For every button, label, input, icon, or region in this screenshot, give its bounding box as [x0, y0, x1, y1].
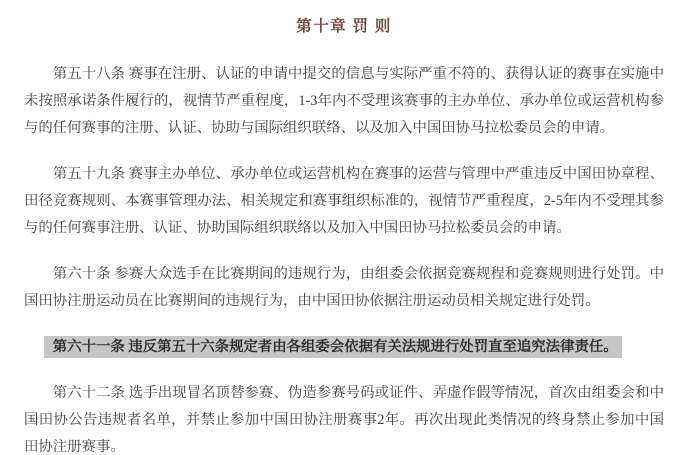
paragraph-article-61: 第六十一条 违反第五十六条规定者由各组委会依据有关法规进行处罚直至追究法律责任。	[24, 334, 664, 361]
paragraph-list: 第五十八条 赛事在注册、认证的申请中提交的信息与实际严重不符的、获得认证的赛事在…	[24, 61, 664, 455]
paragraph-article-59: 第五十九条 赛事主办单位、承办单位或运营机构在赛事的运营与管理中严重违反中国田协…	[24, 161, 664, 242]
paragraph-article-58: 第五十八条 赛事在注册、认证的申请中提交的信息与实际严重不符的、获得认证的赛事在…	[24, 61, 664, 142]
document-body: 第十章 罚 则 第五十八条 赛事在注册、认证的申请中提交的信息与实际严重不符的、…	[0, 0, 688, 455]
paragraph-text: 第六十条 参赛大众选手在比赛期间的违规行为，由组委会依据竞赛规程和竞赛规则进行处…	[24, 266, 664, 309]
highlighted-text: 第六十一条 违反第五十六条规定者由各组委会依据有关法规进行处罚直至追究法律责任。	[44, 336, 622, 358]
paragraph-article-60: 第六十条 参赛大众选手在比赛期间的违规行为，由组委会依据竞赛规程和竞赛规则进行处…	[24, 261, 664, 315]
paragraph-text: 第五十八条 赛事在注册、认证的申请中提交的信息与实际严重不符的、获得认证的赛事在…	[24, 66, 664, 136]
paragraph-article-62: 第六十二条 选手出现冒名顶替参赛、伪造参赛号码或证件、弄虚作假等情况，首次由组委…	[24, 380, 664, 455]
chapter-title: 第十章 罚 则	[24, 14, 664, 36]
paragraph-text: 第六十二条 选手出现冒名顶替参赛、伪造参赛号码或证件、弄虚作假等情况，首次由组委…	[24, 385, 664, 455]
paragraph-text: 第五十九条 赛事主办单位、承办单位或运营机构在赛事的运营与管理中严重违反中国田协…	[24, 166, 664, 236]
